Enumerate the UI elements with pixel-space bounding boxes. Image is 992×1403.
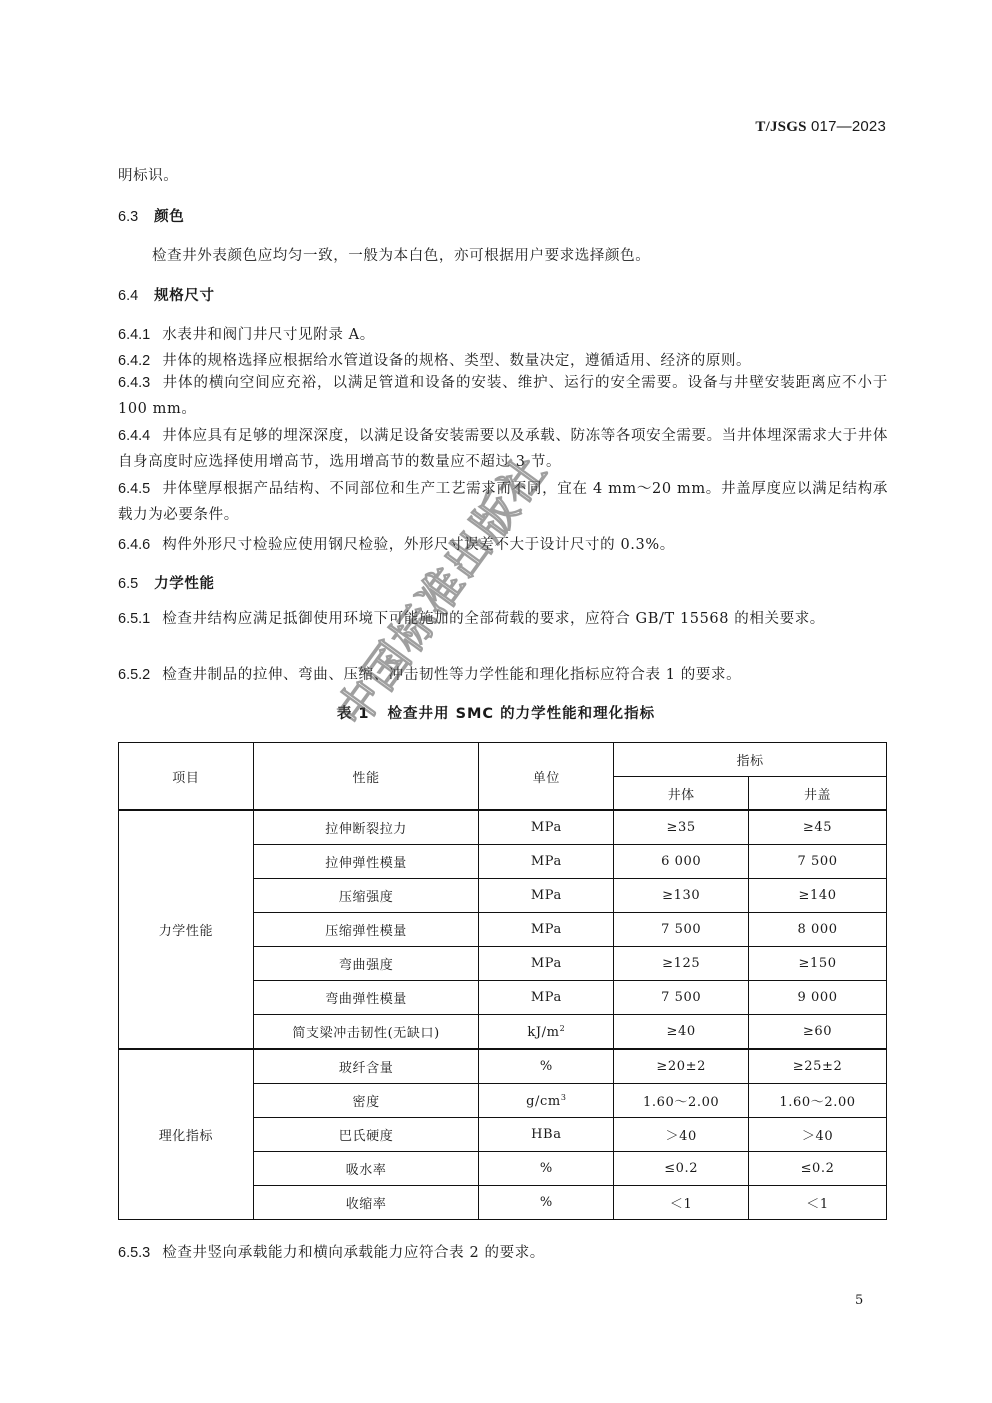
clause-6-5-1: 6.5.1检查井结构应满足抵御使用环境下可能施加的全部荷载的要求，应符合 GB/… <box>118 606 888 632</box>
page-number: 5 <box>855 1293 863 1308</box>
section-number: 6.5 <box>118 576 138 592</box>
section-number: 6.4 <box>118 288 138 304</box>
group-label: 力学性能 <box>119 810 254 1049</box>
clause-6-5-2: 6.5.2检查井制品的拉伸、弯曲、压缩、冲击韧性等力学性能和理化指标应符合表 1… <box>118 663 741 684</box>
table-row: 理化指标 玻纤含量 % ≥20±2 ≥25±2 <box>119 1049 887 1084</box>
cell-cover: 9 000 <box>749 981 887 1015</box>
cell-body: 7 500 <box>614 913 749 947</box>
cell-body: ≥20±2 <box>614 1049 749 1084</box>
clause-6-4-3: 6.4.3井体的横向空间应充裕，以满足管道和设备的安装、维护、运行的安全需要。设… <box>118 370 888 422</box>
unit-base: kJ/m <box>527 1025 559 1040</box>
document-code-number: 017—2023 <box>811 118 886 135</box>
cell-body: ≥40 <box>614 1015 749 1050</box>
cell-unit: MPa <box>479 879 614 913</box>
paragraph-6-3: 检查井外表颜色应均匀一致，一般为本白色，亦可根据用户要求选择颜色。 <box>152 244 650 265</box>
cell-body: 6 000 <box>614 845 749 879</box>
cell-unit: kJ/m2 <box>479 1015 614 1050</box>
cell-property: 巴氏硬度 <box>253 1118 479 1152</box>
cell-body: ＜1 <box>614 1186 749 1220</box>
clause-6-4-2: 6.4.2井体的规格选择应根据给水管道设备的规格、类型、数量决定，遵循适用、经济… <box>118 349 751 370</box>
cell-property: 拉伸断裂拉力 <box>253 810 479 845</box>
cell-cover: 7 500 <box>749 845 887 879</box>
cell-cover: 8 000 <box>749 913 887 947</box>
clause-text: 检查井制品的拉伸、弯曲、压缩、冲击韧性等力学性能和理化指标应符合表 1 的要求。 <box>162 667 741 683</box>
clause-6-5-3: 6.5.3检查井竖向承载能力和横向承载能力应符合表 2 的要求。 <box>118 1241 545 1262</box>
clause-text: 井体应具有足够的埋深深度，以满足设备安装需要以及承载、防冻等各项安全需要。当井体… <box>118 428 888 470</box>
cell-unit: % <box>479 1186 614 1220</box>
cell-body: 1.60～2.00 <box>614 1084 749 1118</box>
cell-cover: ≥150 <box>749 947 887 981</box>
clause-number: 6.4.5 <box>118 481 150 497</box>
clause-text: 水表井和阀门井尺寸见附录 A。 <box>162 327 375 343</box>
table-number: 表 1 <box>337 706 370 722</box>
cell-body: ≥35 <box>614 810 749 845</box>
clause-text: 构件外形尺寸检验应使用钢尺检验，外形尺寸误差不大于设计尺寸的 0.3%。 <box>162 537 675 553</box>
clause-number: 6.5.3 <box>118 1245 150 1261</box>
cell-property: 收缩率 <box>253 1186 479 1220</box>
cell-property: 密度 <box>253 1084 479 1118</box>
cell-body: ≤0.2 <box>614 1152 749 1186</box>
header-property: 性能 <box>253 743 479 811</box>
cell-body: ≥125 <box>614 947 749 981</box>
clause-text: 井体的横向空间应充裕，以满足管道和设备的安装、维护、运行的安全需要。设备与井壁安… <box>118 375 888 417</box>
cell-body: ≥130 <box>614 879 749 913</box>
cell-property: 吸水率 <box>253 1152 479 1186</box>
cell-unit: % <box>479 1049 614 1084</box>
clause-6-4-1: 6.4.1水表井和阀门井尺寸见附录 A。 <box>118 323 375 344</box>
cell-property: 拉伸弹性模量 <box>253 845 479 879</box>
document-code: T/JSGS 017—2023 <box>755 118 886 136</box>
cell-cover: ＜1 <box>749 1186 887 1220</box>
clause-6-4-5: 6.4.5井体壁厚根据产品结构、不同部位和生产工艺需求而不同，宜在 4 mm～2… <box>118 476 888 528</box>
clause-number: 6.5.1 <box>118 611 150 627</box>
cell-body: 7 500 <box>614 981 749 1015</box>
continuation-text: 明标识。 <box>118 164 178 185</box>
document-code-prefix: T/JSGS <box>755 119 806 135</box>
cell-unit: MPa <box>479 845 614 879</box>
cell-unit: MPa <box>479 810 614 845</box>
table-row: 力学性能 拉伸断裂拉力 MPa ≥35 ≥45 <box>119 810 887 845</box>
cell-unit: g/cm3 <box>479 1084 614 1118</box>
clause-6-4-6: 6.4.6构件外形尺寸检验应使用钢尺检验，外形尺寸误差不大于设计尺寸的 0.3%… <box>118 533 675 554</box>
cell-unit: HBa <box>479 1118 614 1152</box>
clause-number: 6.4.1 <box>118 327 150 343</box>
header-indicator: 指标 <box>614 743 887 777</box>
clause-text: 检查井结构应满足抵御使用环境下可能施加的全部荷载的要求，应符合 GB/T 155… <box>162 611 825 627</box>
group-mechanical: 力学性能 拉伸断裂拉力 MPa ≥35 ≥45 拉伸弹性模量 MPa 6 000… <box>119 810 887 1049</box>
cell-property: 弯曲弹性模量 <box>253 981 479 1015</box>
section-heading-6-3: 6.3颜色 <box>118 205 184 226</box>
cell-property: 压缩弹性模量 <box>253 913 479 947</box>
section-title: 颜色 <box>154 209 184 225</box>
cell-cover: ＞40 <box>749 1118 887 1152</box>
clause-text: 井体壁厚根据产品结构、不同部位和生产工艺需求而不同，宜在 4 mm～20 mm。… <box>118 481 888 523</box>
section-heading-6-5: 6.5力学性能 <box>118 572 215 593</box>
properties-table: 项目 性能 单位 指标 井体 井盖 力学性能 拉伸断裂拉力 MPa ≥35 ≥4… <box>118 742 887 1220</box>
header-well-cover: 井盖 <box>749 777 887 811</box>
cell-unit: MPa <box>479 947 614 981</box>
cell-cover: 1.60～2.00 <box>749 1084 887 1118</box>
group-label: 理化指标 <box>119 1049 254 1220</box>
cell-unit: % <box>479 1152 614 1186</box>
table-title: 检查井用 SMC 的力学性能和理化指标 <box>388 706 656 722</box>
cell-property: 弯曲强度 <box>253 947 479 981</box>
section-title: 规格尺寸 <box>154 288 214 304</box>
clause-text: 检查井竖向承载能力和横向承载能力应符合表 2 的要求。 <box>162 1245 545 1261</box>
clause-number: 6.5.2 <box>118 667 150 683</box>
clause-6-4-4: 6.4.4井体应具有足够的埋深深度，以满足设备安装需要以及承载、防冻等各项安全需… <box>118 423 888 475</box>
clause-number: 6.4.2 <box>118 353 150 369</box>
clause-text: 井体的规格选择应根据给水管道设备的规格、类型、数量决定，遵循适用、经济的原则。 <box>162 353 751 369</box>
unit-base: g/cm <box>526 1094 561 1109</box>
header-item: 项目 <box>119 743 254 811</box>
header-unit: 单位 <box>479 743 614 811</box>
section-heading-6-4: 6.4规格尺寸 <box>118 284 215 305</box>
cell-cover: ≥25±2 <box>749 1049 887 1084</box>
section-number: 6.3 <box>118 209 138 225</box>
cell-cover: ≥60 <box>749 1015 887 1050</box>
cell-cover: ≥140 <box>749 879 887 913</box>
cell-unit: MPa <box>479 981 614 1015</box>
clause-number: 6.4.4 <box>118 428 150 444</box>
cell-property: 压缩强度 <box>253 879 479 913</box>
cell-property: 玻纤含量 <box>253 1049 479 1084</box>
clause-number: 6.4.6 <box>118 537 150 553</box>
clause-number: 6.4.3 <box>118 375 150 391</box>
unit-exponent: 3 <box>561 1093 567 1102</box>
unit-exponent: 2 <box>560 1024 566 1033</box>
group-physicochemical: 理化指标 玻纤含量 % ≥20±2 ≥25±2 密度 g/cm3 1.60～2.… <box>119 1049 887 1220</box>
cell-property: 简支梁冲击韧性(无缺口) <box>253 1015 479 1050</box>
document-page: T/JSGS 017—2023 明标识。 6.3颜色 检查井外表颜色应均匀一致，… <box>0 0 992 1403</box>
cell-unit: MPa <box>479 913 614 947</box>
cell-body: ＞40 <box>614 1118 749 1152</box>
cell-cover: ≥45 <box>749 810 887 845</box>
cell-cover: ≤0.2 <box>749 1152 887 1186</box>
header-well-body: 井体 <box>614 777 749 811</box>
section-title: 力学性能 <box>154 576 214 592</box>
table-header: 项目 性能 单位 指标 井体 井盖 <box>119 743 887 811</box>
table-caption: 表 1检查井用 SMC 的力学性能和理化指标 <box>0 702 992 723</box>
